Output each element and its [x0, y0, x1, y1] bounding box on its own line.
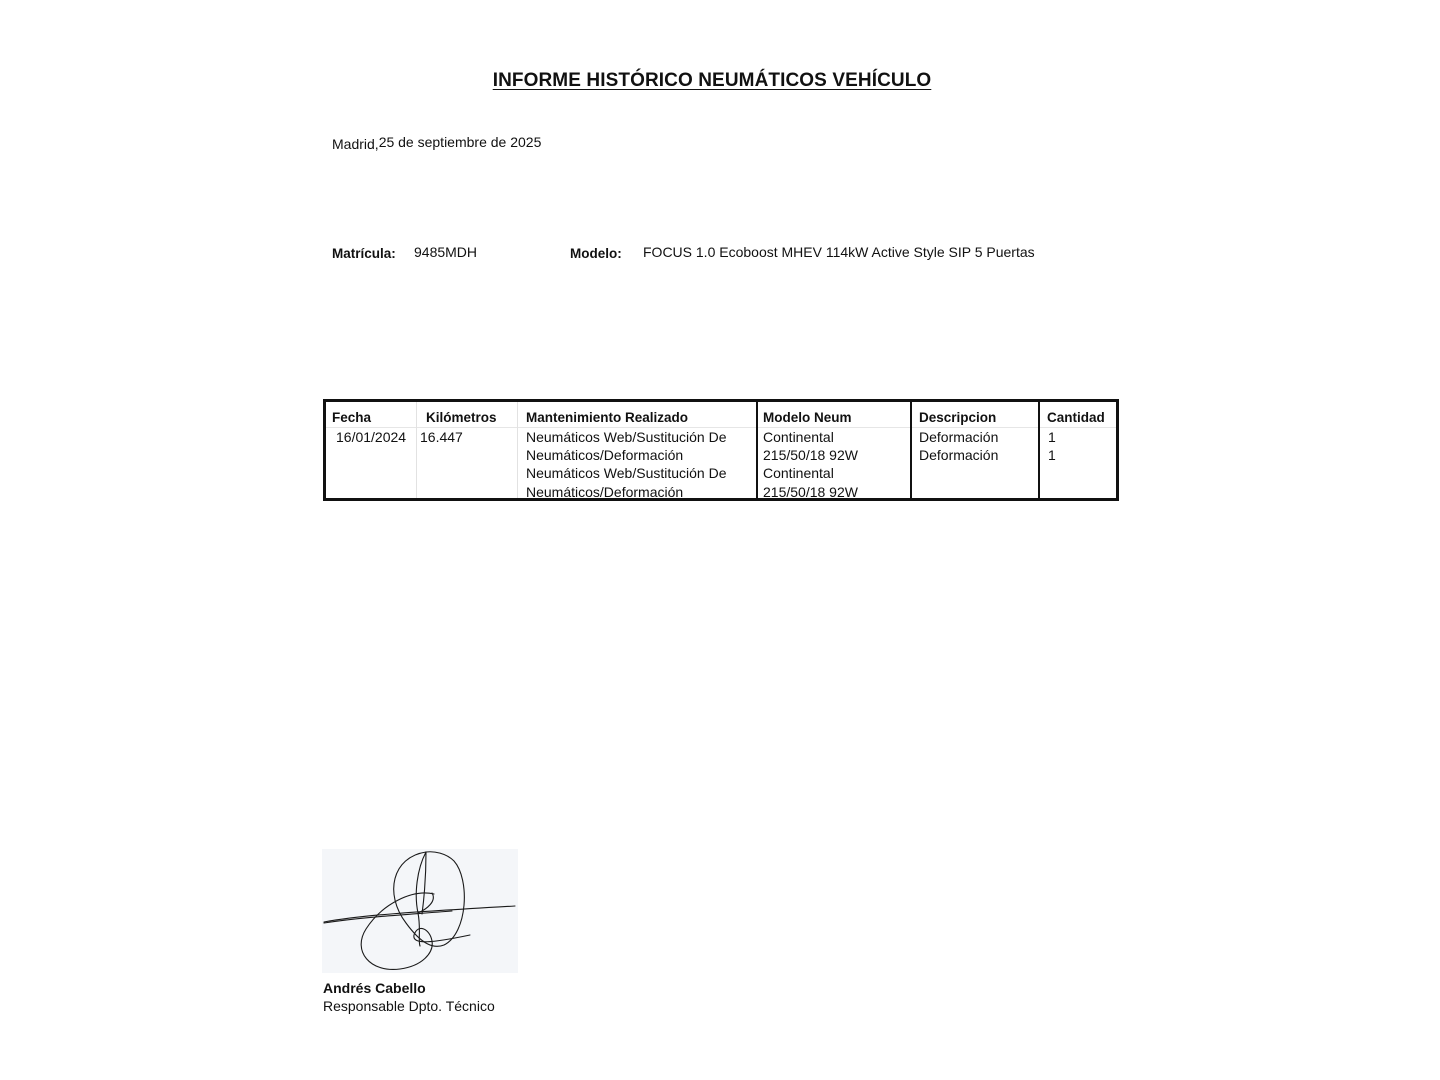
cell-descripcion: Deformación Deformación: [912, 428, 1038, 464]
cell-fecha: 16/01/2024: [326, 428, 416, 446]
model-value: FOCUS 1.0 Ecoboost MHEV 114kW Active Sty…: [643, 244, 1035, 260]
cell-line: Neumáticos/Deformación: [526, 483, 756, 501]
column-mantenimiento: Mantenimiento Realizado Neumáticos Web/S…: [518, 402, 758, 498]
column-fecha: Fecha 16/01/2024: [326, 402, 417, 498]
column-modelo-neum: Modelo Neum Continental 215/50/18 92W Co…: [758, 402, 912, 498]
place-date: Madrid,25 de septiembre de 2025: [332, 134, 541, 150]
cell-cantidad: 1 1: [1040, 428, 1116, 464]
cell-line: Neumáticos Web/Sustitución De: [526, 428, 756, 446]
cell-line: 1: [1048, 428, 1116, 446]
header-cantidad: Cantidad: [1040, 402, 1116, 428]
signer-name: Andrés Cabello: [323, 980, 426, 996]
cell-line: Continental: [763, 464, 910, 482]
plate-label: Matrícula:: [332, 246, 396, 261]
cell-line: 215/50/18 92W: [763, 483, 910, 501]
cell-line: Continental: [763, 428, 910, 446]
column-kilometros: Kilómetros 16.447: [417, 402, 518, 498]
page-title: INFORME HISTÓRICO NEUMÁTICOS VEHÍCULO: [0, 70, 1424, 92]
plate-value: 9485MDH: [414, 244, 477, 260]
tire-history-table: Fecha 16/01/2024 Kilómetros 16.447 Mante…: [323, 399, 1119, 501]
date: 25 de septiembre de 2025: [379, 134, 542, 150]
header-fecha: Fecha: [326, 402, 416, 428]
cell-line: Neumáticos Web/Sustitución De: [526, 464, 756, 482]
signer-role: Responsable Dpto. Técnico: [323, 998, 495, 1014]
cell-line: 215/50/18 92W: [763, 446, 910, 464]
header-descripcion: Descripcion: [912, 402, 1038, 428]
cell-kilometros: 16.447: [417, 428, 517, 446]
cell-modelo-neum: Continental 215/50/18 92W Continental 21…: [758, 428, 910, 501]
header-modelo-neum: Modelo Neum: [758, 402, 910, 428]
cell-line: Neumáticos/Deformación: [526, 446, 756, 464]
cell-line: Deformación: [919, 428, 1038, 446]
cell-mantenimiento: Neumáticos Web/Sustitución De Neumáticos…: [518, 428, 756, 501]
header-kilometros: Kilómetros: [417, 402, 517, 428]
signature-icon: [322, 849, 518, 973]
cell-line: 1: [1048, 446, 1116, 464]
column-cantidad: Cantidad 1 1: [1040, 402, 1116, 498]
header-mantenimiento: Mantenimiento Realizado: [518, 402, 756, 428]
column-descripcion: Descripcion Deformación Deformación: [912, 402, 1040, 498]
model-label: Modelo:: [570, 246, 622, 261]
place: Madrid,: [332, 136, 379, 152]
cell-line: Deformación: [919, 446, 1038, 464]
